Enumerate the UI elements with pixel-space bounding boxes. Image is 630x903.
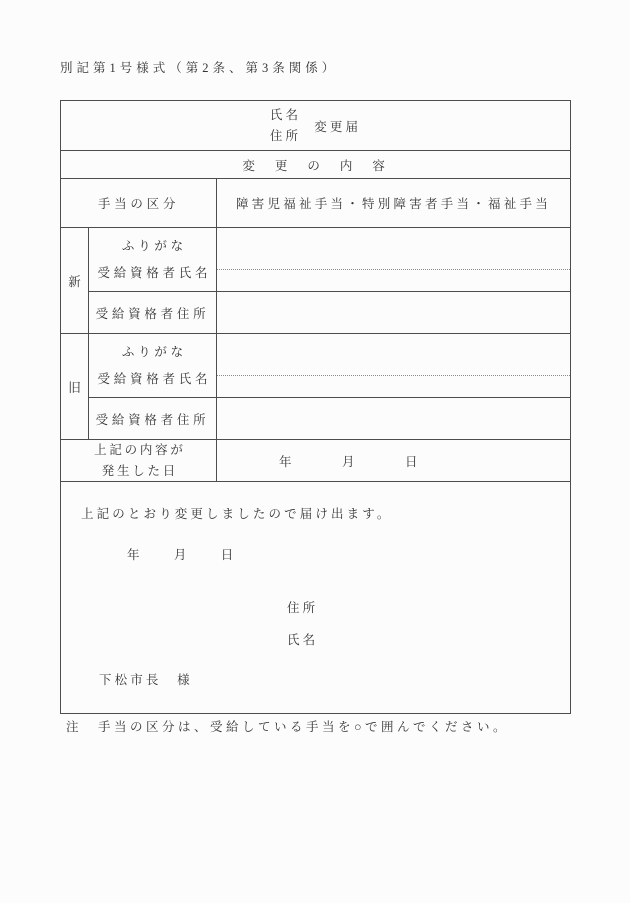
title-name-address-stack: 氏名 住所	[270, 109, 301, 143]
section-header: 変 更 の 内 容	[61, 151, 571, 179]
new-furigana-label: ふりがな	[118, 240, 187, 253]
section-header-row: 変 更 の 内 容	[61, 151, 571, 179]
new-name-label: 受給資格者氏名	[94, 267, 212, 280]
old-address-input-cell	[217, 398, 571, 440]
form-style-heading: 別記第1号様式（第2条、第3条関係）	[60, 58, 338, 76]
new-name-input-cell	[217, 228, 571, 292]
title-name-label: 氏名	[270, 109, 301, 122]
old-address-label: 受給資格者住所	[89, 398, 217, 440]
new-address-input-cell	[217, 292, 571, 334]
form-title-cell: 氏名 住所 変更届	[61, 101, 571, 151]
document-page: 別記第1号様式（第2条、第3条関係） 氏名 住所 変更届 変 更 の 内 容	[0, 0, 630, 903]
old-address-row: 受給資格者住所	[61, 398, 571, 440]
declaration-cell: 上記のとおり変更しましたので届け出ます。 年 月 日 住所 氏名 下松市長 様	[61, 482, 571, 714]
new-address-row: 受給資格者住所	[61, 292, 571, 334]
new-furigana-writing-line	[217, 250, 570, 270]
form-title-row: 氏名 住所 変更届	[61, 101, 571, 151]
declaration-addressee: 下松市長 様	[99, 674, 193, 687]
occurrence-date-label-line2: 発生した日	[99, 465, 178, 478]
occurrence-date-label-cell: 上記の内容が 発生した日	[61, 440, 217, 482]
old-name-label-cell: ふりがな 受給資格者氏名	[89, 334, 217, 398]
new-address-label: 受給資格者住所	[89, 292, 217, 334]
old-group-label: 旧	[61, 334, 89, 440]
allowance-type-row: 手当の区分 障害児福祉手当・特別障害者手当・福祉手当	[61, 179, 571, 228]
form-title: 氏名 住所 変更届	[61, 109, 570, 143]
change-notification-form: 氏名 住所 変更届 変 更 の 内 容 手当の区分 障害児福祉手当・特別障害者手…	[60, 100, 571, 714]
declaration-statement: 上記のとおり変更しましたので届け出ます。	[81, 508, 393, 521]
old-name-label: 受給資格者氏名	[94, 373, 212, 386]
form-note: 注 手当の区分は、受給している手当を○で囲んでください。	[66, 717, 509, 735]
allowance-type-label: 手当の区分	[61, 179, 217, 228]
occurrence-date-row: 上記の内容が 発生した日 年 月 日	[61, 440, 571, 482]
declaration-name-label: 氏名	[287, 634, 318, 647]
occurrence-date-value: 年 月 日	[217, 452, 570, 470]
old-furigana-label: ふりがな	[118, 346, 187, 359]
occurrence-date-value-cell: 年 月 日	[217, 440, 571, 482]
new-name-label-cell: ふりがな 受給資格者氏名	[89, 228, 217, 292]
occurrence-date-label-line1: 上記の内容が	[91, 444, 185, 457]
allowance-type-value: 障害児福祉手当・特別障害者手当・福祉手当	[217, 179, 571, 228]
declaration-date: 年 月 日	[127, 549, 236, 562]
new-name-row: 新 ふりがな 受給資格者氏名	[61, 228, 571, 292]
title-suffix: 変更届	[314, 117, 361, 135]
old-name-row: 旧 ふりがな 受給資格者氏名	[61, 334, 571, 398]
title-address-label: 住所	[270, 130, 301, 143]
declaration-address-label: 住所	[287, 602, 318, 615]
new-group-label: 新	[61, 228, 89, 334]
declaration-row: 上記のとおり変更しましたので届け出ます。 年 月 日 住所 氏名 下松市長 様	[61, 482, 571, 714]
old-name-input-cell	[217, 334, 571, 398]
old-furigana-writing-line	[217, 356, 570, 376]
